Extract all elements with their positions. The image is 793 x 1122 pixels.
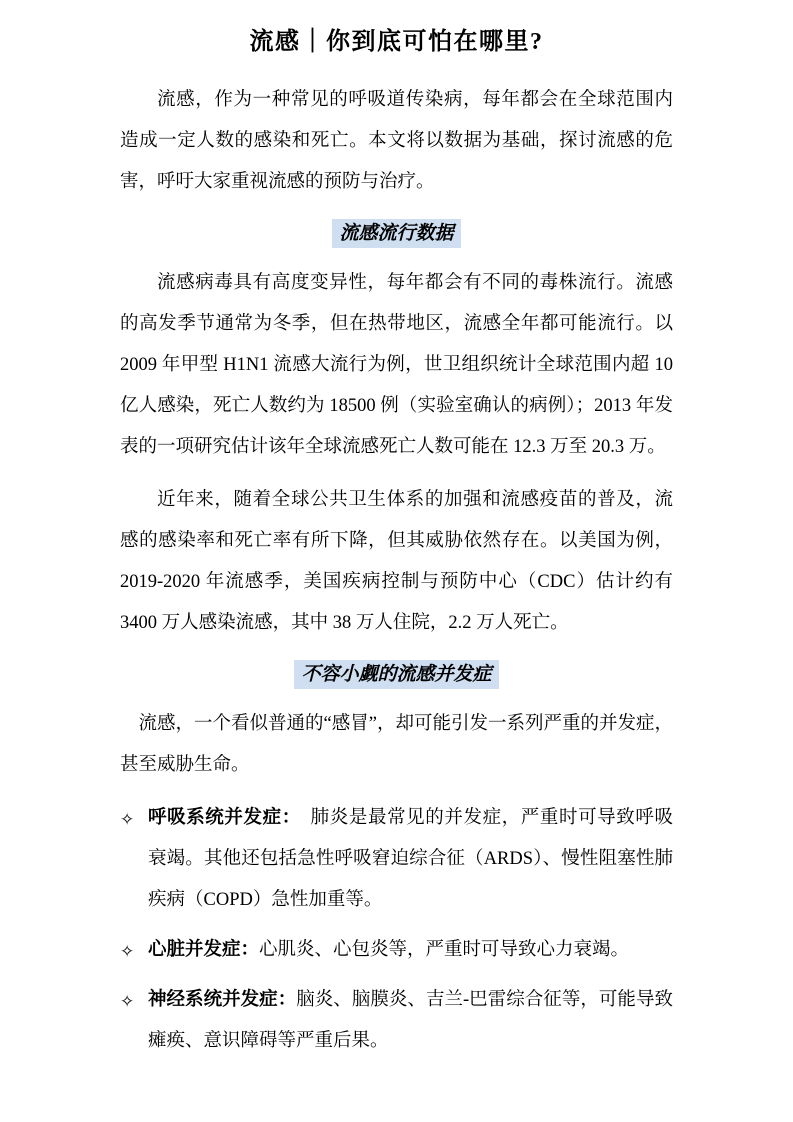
- paragraph-intro: 流感，作为一种常见的呼吸道传染病，每年都会在全球范围内造成一定人数的感染和死亡。…: [120, 80, 673, 203]
- paragraph-epidemic-1: 流感病毒具有高度变异性，每年都会有不同的毒株流行。流感的高发季节通常为冬季，但在…: [120, 263, 673, 468]
- paragraph-complications-intro: 流感，一个看似普通的“感冒”，却可能引发一系列严重的并发症，甚至威胁生命。: [120, 704, 673, 786]
- document-page: 流感｜你到底可怕在哪里? 流感，作为一种常见的呼吸道传染病，每年都会在全球范围内…: [0, 0, 793, 1122]
- bullet-text: 心肌炎、心包炎等，严重时可导致心力衰竭。: [259, 940, 629, 960]
- highlighted-heading-text: 流感流行数据: [332, 219, 460, 248]
- paragraph-epidemic-2: 近年来，随着全球公共卫生体系的加强和流感疫苗的普及，流感的感染率和死亡率有所下降…: [120, 480, 673, 644]
- diamond-bullet-icon: ✧: [120, 799, 134, 840]
- highlighted-heading-text: 不容小觑的流感并发症: [294, 660, 498, 689]
- section-heading-complications: 不容小觑的流感并发症: [120, 656, 673, 694]
- complications-list: ✧呼吸系统并发症： 肺炎是最常见的并发症，严重时可导致呼吸衰竭。其他还包括急性呼…: [120, 798, 673, 1062]
- diamond-bullet-icon: ✧: [120, 981, 134, 1022]
- section-heading-epidemic-data: 流感流行数据: [120, 215, 673, 253]
- list-item-cardiac: ✧心脏并发症：心肌炎、心包炎等，严重时可导致心力衰竭。: [120, 930, 673, 971]
- document-title: 流感｜你到底可怕在哪里?: [120, 24, 673, 60]
- bullet-label: 神经系统并发症：: [148, 990, 296, 1010]
- bullet-label: 心脏并发症：: [148, 940, 259, 960]
- list-item-respiratory: ✧呼吸系统并发症： 肺炎是最常见的并发症，严重时可导致呼吸衰竭。其他还包括急性呼…: [120, 798, 673, 921]
- bullet-label: 呼吸系统并发症：: [148, 808, 292, 828]
- diamond-bullet-icon: ✧: [120, 931, 134, 972]
- list-item-neurological: ✧神经系统并发症：脑炎、脑膜炎、吉兰-巴雷综合征等，可能导致瘫痪、意识障碍等严重…: [120, 980, 673, 1062]
